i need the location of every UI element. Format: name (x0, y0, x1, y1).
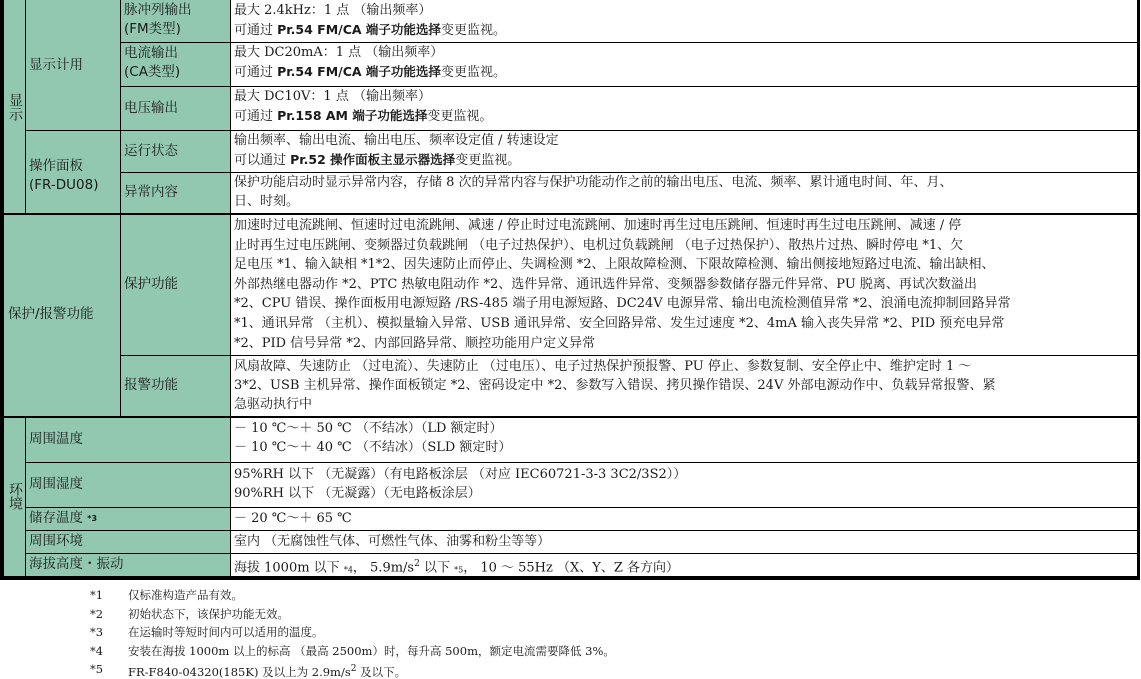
param-ref: Pr.52 操作面板主显示器选择 (290, 152, 455, 167)
border-right (1137, 0, 1140, 580)
item-run-status: 运行状态 (120, 130, 231, 172)
section-display: 显示 (4, 0, 25, 213)
divider (25, 553, 1138, 554)
value-run-status: 输出频率、输出电流、输出电压、频率设定值 / 转速设定 可以通过 Pr.52 操… (231, 130, 1138, 172)
divider (25, 530, 1138, 531)
group-meter-output: 显示计用 (25, 0, 120, 130)
panel-model: (FR-DU08) (29, 176, 120, 195)
spec-table: 显示 显示计用 操作面板 (FR-DU08) 脉冲列输出 (FM类型) 电流输出… (0, 0, 1141, 580)
item-pulse-output: 脉冲列输出 (FM类型) (120, 0, 231, 42)
env-value-ambient-temp: － 10 ℃～＋ 50 ℃ （不结冰）（LD 额定时） － 10 ℃～＋ 40 … (231, 416, 1138, 462)
border-bottom (0, 576, 1140, 580)
section-environment: 环境 (4, 416, 25, 576)
item-voltage-output: 电压输出 (120, 86, 231, 130)
divider (25, 507, 1138, 508)
value-current-output: 最大 DC20mA：1 点 （输出频率） 可通过 Pr.54 FM/CA 端子功… (231, 42, 1138, 86)
section-protection: 保护/报警功能 (4, 213, 120, 416)
value-fault-content: 保护功能启动时显示异常内容，存储 8 次的异常内容与保护功能动作之前的输出电压、… (231, 172, 1138, 213)
env-value-humidity: 95%RH 以下 （无凝露）（有电路板涂层 （对应 IEC60721-3-3 3… (231, 462, 1138, 507)
divider (4, 416, 1138, 418)
env-value-storage-temp: － 20 ℃～＋ 65 ℃ (231, 507, 1138, 530)
item-fault-content: 异常内容 (120, 172, 231, 213)
divider (120, 355, 1138, 356)
param-ref: Pr.158 AM 端子功能选择 (277, 108, 427, 123)
border-left (0, 0, 4, 580)
group-meter-label: 显示计用 (29, 56, 83, 75)
divider (120, 172, 1138, 173)
group-operation-panel: 操作面板 (FR-DU08) (25, 130, 120, 213)
item-warning-functions: 报警功能 (120, 355, 231, 416)
env-label-ambient-temp: 周围温度 (25, 416, 231, 462)
value-warning-functions: 风扇故障、失速防止 （过电流）、失速防止 （过电压）、电子过热保护预报警、PU … (231, 355, 1138, 416)
env-label-atmosphere: 周围环境 (25, 530, 231, 553)
footnote-3: *3 在运输时等短时间内可以适用的温度。 (90, 623, 615, 642)
env-label-altitude-vibration: 海拔高度・振动 (25, 553, 231, 576)
footnote-1: *1 仅标准构造产品有效。 (90, 586, 615, 605)
value-protective-functions: 加速时过电流跳闸、恒速时过电流跳闸、减速 / 停止时过电流跳闸、加速时再生过电压… (231, 213, 1138, 355)
footnote-ref: *4 (344, 565, 353, 574)
divider (120, 86, 1138, 87)
divider (25, 462, 1138, 463)
footnote-ref: *3 (87, 509, 97, 528)
divider (25, 0, 26, 213)
param-ref: Pr.54 FM/CA 端子功能选择 (277, 64, 441, 79)
divider (120, 0, 121, 416)
divider (25, 416, 26, 576)
env-value-atmosphere: 室内 （无腐蚀性气体、可燃性气体、油雾和粉尘等等） (231, 530, 1138, 553)
value-pulse-output: 最大 2.4kHz：1 点 （输出频率） 可通过 Pr.54 FM/CA 端子功… (231, 0, 1138, 42)
divider (120, 42, 1138, 43)
env-label-humidity: 周围湿度 (25, 462, 231, 507)
footnote-4: *4 安装在海拔 1000m 以上的标高 （最高 2500m）时，每升高 500… (90, 642, 615, 661)
value-voltage-output: 最大 DC10V：1 点 （输出频率） 可通过 Pr.158 AM 端子功能选择… (231, 86, 1138, 130)
divider (25, 130, 1138, 131)
footnote-5: *5 FR-F840-04320(185K) 及以上为 2.9m/s2 及以下。 (90, 660, 615, 679)
item-current-output: 电流输出 (CA类型) (120, 42, 231, 86)
item-protective-functions: 保护功能 (120, 213, 231, 355)
footnotes: *1 仅标准构造产品有效。 *2 初始状态下，该保护功能无效。 *3 在运输时等… (90, 586, 615, 679)
env-value-altitude-vibration: 海拔 1000m 以下 *4， 5.9m/s2 以下 *5， 10 ～ 55Hz… (231, 553, 1138, 576)
param-ref: Pr.54 FM/CA 端子功能选择 (277, 22, 441, 37)
panel-label: 操作面板 (29, 157, 120, 176)
footnote-2: *2 初始状态下，该保护功能无效。 (90, 605, 615, 624)
footnote-ref: *5 (454, 565, 463, 574)
divider (4, 213, 1138, 215)
env-label-storage-temp: 储存温度 *3 (25, 507, 231, 530)
